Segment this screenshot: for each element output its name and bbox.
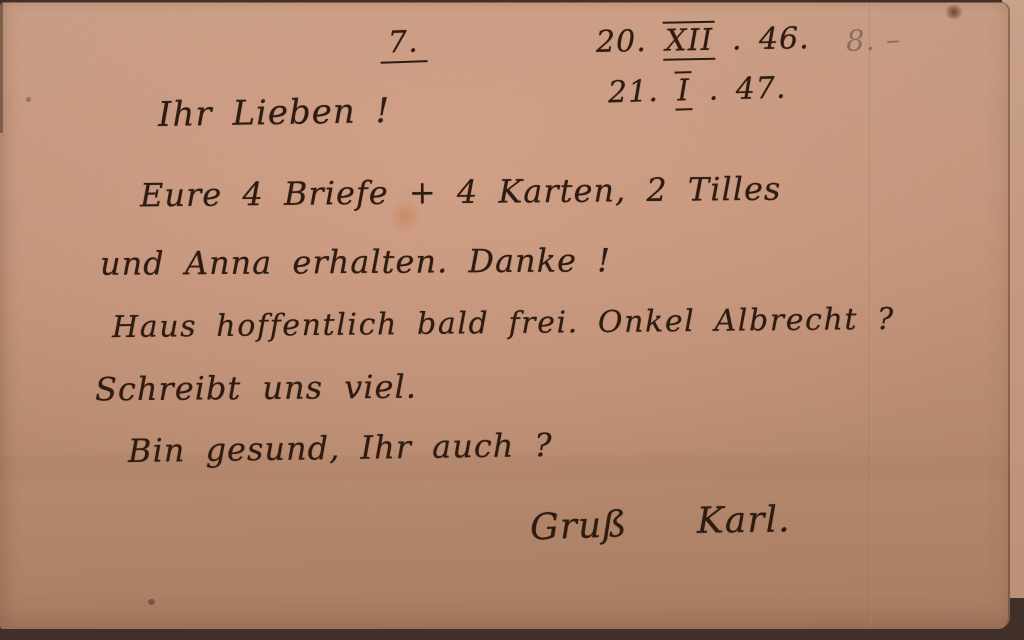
date-first-year: . 46.	[732, 21, 810, 57]
salutation-line: Ihr Lieben !	[158, 91, 391, 135]
date-first-day: 20.	[596, 24, 647, 60]
signature: Karl.	[697, 499, 791, 542]
signoff-line: GrußKarl.	[529, 498, 791, 548]
date-first: 20. XII . 46.	[596, 21, 810, 60]
pencil-note: 8. –	[845, 22, 902, 58]
stain	[944, 5, 964, 19]
date-second-day: 21.	[608, 74, 660, 110]
message-line: Eure 4 Briefe + 4 Karten, 2 Tilles	[140, 170, 782, 215]
postcard-photo: 7. 20. XII . 46. 8. – 21. I . 47. Ihr Li…	[0, 0, 1024, 640]
message-line: und Anna erhalten. Danke !	[100, 241, 611, 283]
speck	[148, 599, 155, 605]
message-line: Bin gesund, Ihr auch ?	[128, 426, 553, 470]
date-second-month-roman: I	[675, 71, 693, 110]
closing-word: Gruß	[529, 504, 628, 548]
date-second-year: . 47.	[708, 71, 787, 108]
message-line: Haus hoffentlich bald frei. Onkel Albrec…	[112, 302, 895, 345]
message-line: Schreibt uns viel.	[95, 368, 417, 409]
speck	[26, 97, 31, 102]
postcard: 7. 20. XII . 46. 8. – 21. I . 47. Ihr Li…	[0, 2, 1010, 629]
left-edge-shadow	[0, 3, 3, 133]
date-first-month-roman: XII	[663, 21, 716, 61]
date-second: 21. I . 47.	[608, 71, 787, 111]
page-number: 7.	[379, 24, 427, 64]
